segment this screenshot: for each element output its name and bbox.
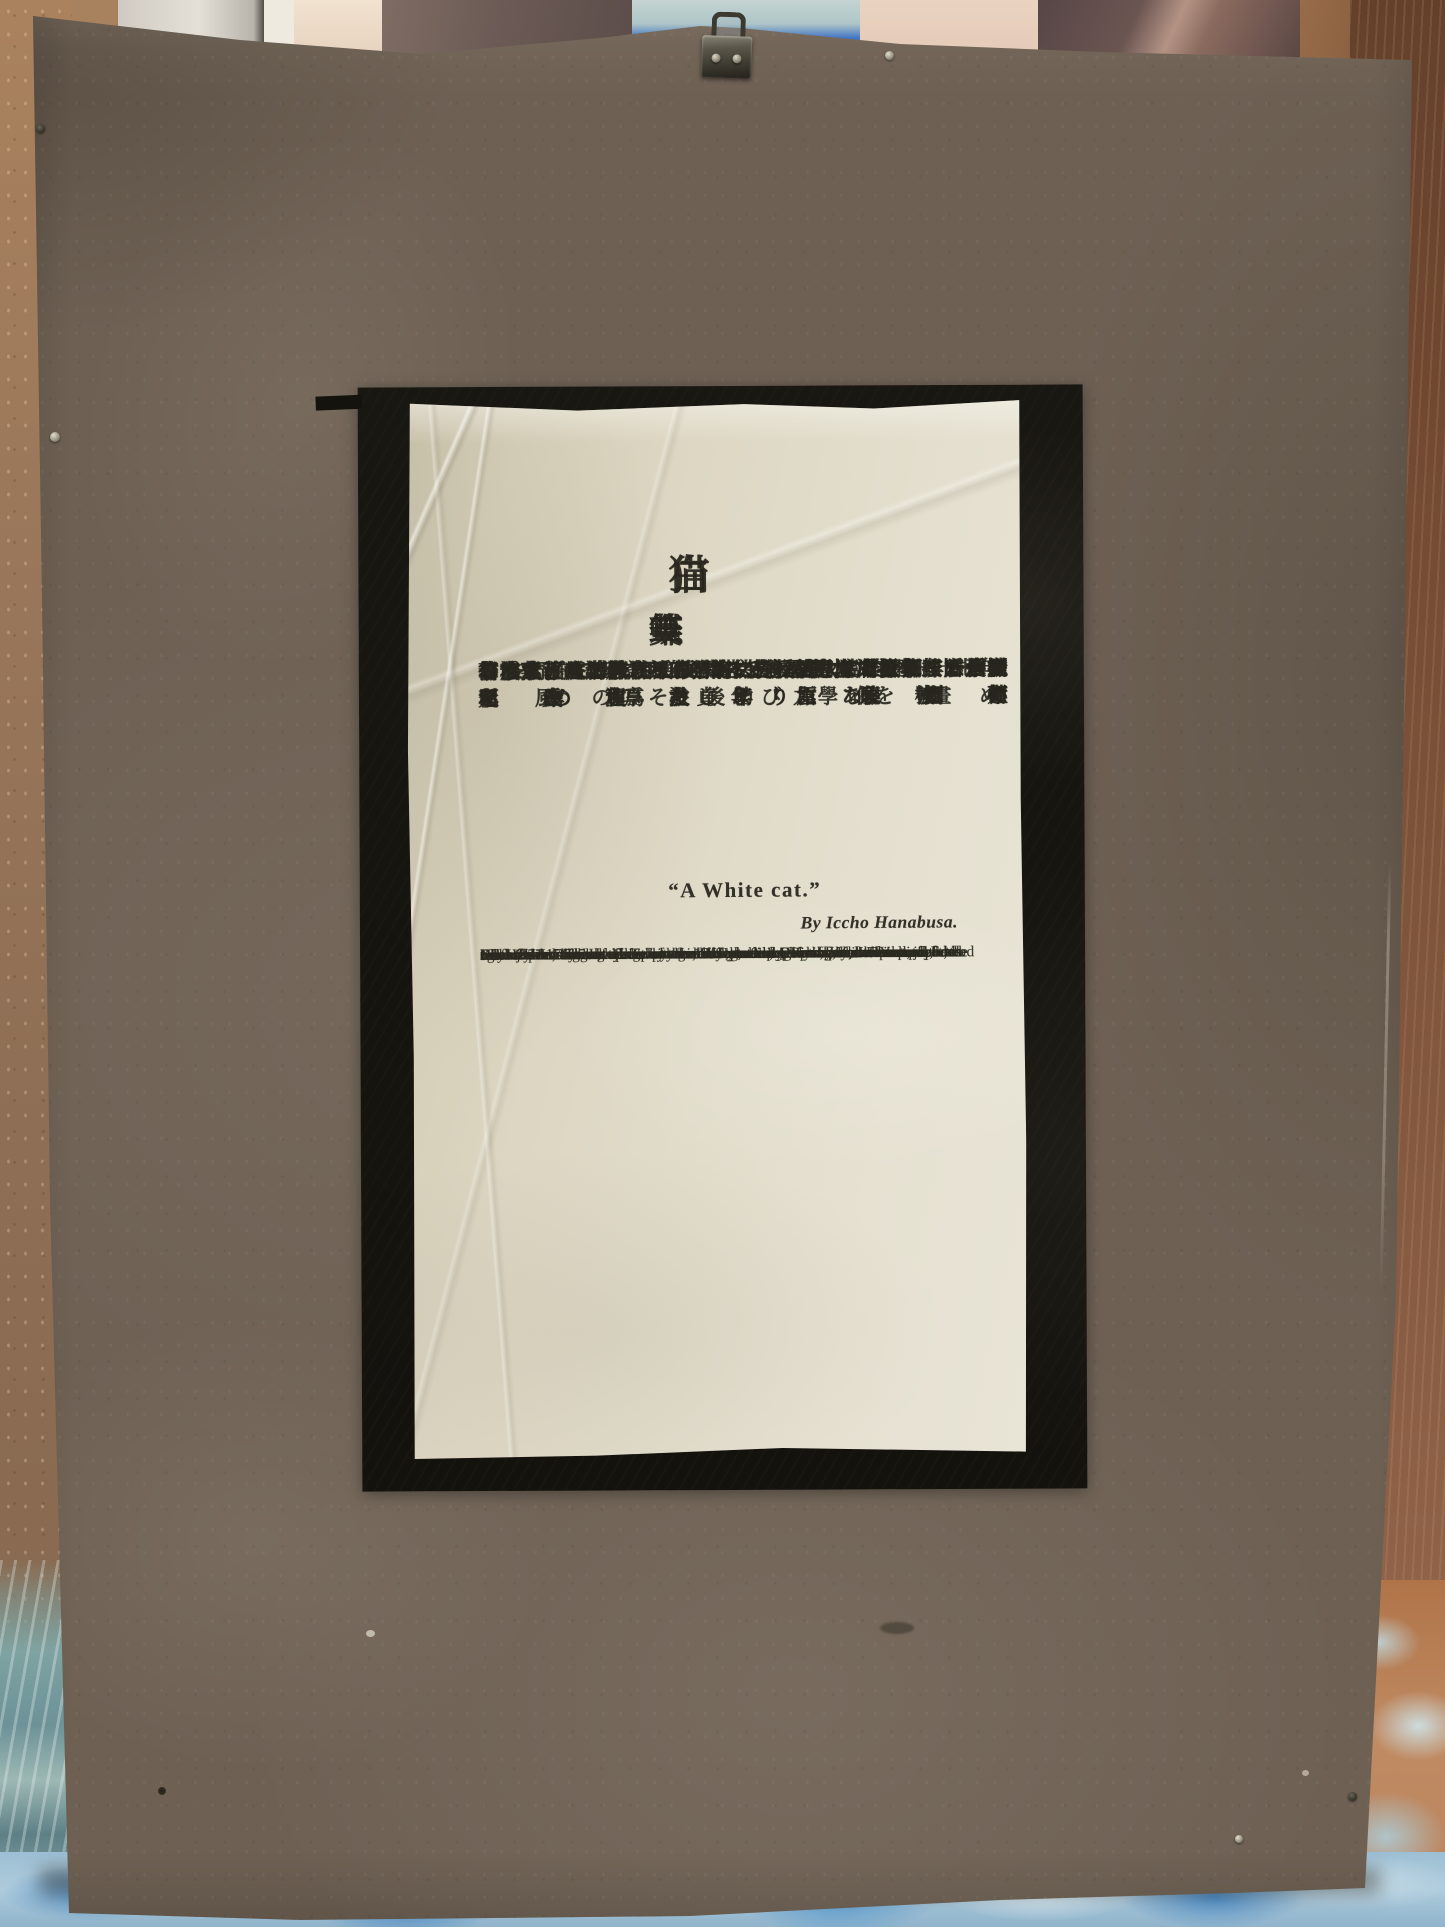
label-body-japanese: 右治てじ長し稱と郎三猪名幼、受君は字雄安たま香信は名氏賀多、原藤は姓信 安野狩で… (478, 656, 1008, 660)
nail (885, 51, 894, 60)
label-byline-english: By Iccho Hanabusa. (480, 911, 958, 935)
nail (50, 432, 60, 442)
nail (36, 124, 45, 133)
label-body-english: Iccho's original name was Isaburo, later… (480, 943, 1012, 947)
en-body-line: Nihonenoki, Shiba, (480, 946, 601, 965)
jp-body-line: 。る葬に院乗顕中塔寺敎承榎本二芝才一十七年享す没年九保享ぬ (478, 656, 1008, 713)
label-paper: 猫白 筆蝶一英 右治てじ長し稱と郎三猪名幼、受君は字雄安たま香信は名氏賀多、原藤… (404, 397, 1029, 1461)
black-tape-border: 猫白 筆蝶一英 右治てじ長し稱と郎三猪名幼、受君は字雄安たま香信は名氏賀多、原藤… (358, 384, 1088, 1491)
nail (1348, 1792, 1357, 1801)
board-speck (366, 1630, 375, 1637)
tape-flap (315, 395, 362, 411)
board-dark-mark (880, 1622, 914, 1634)
clasp-plate (701, 35, 752, 79)
nail (1235, 1835, 1243, 1843)
board-edge-crack (1379, 860, 1391, 1290)
jp-title-char: 白 (668, 555, 709, 596)
hanging-clasp (701, 11, 755, 81)
board-hole (158, 1787, 166, 1795)
board-speck (1302, 1770, 1309, 1776)
photo-back-of-framed-artwork: 猫白 筆蝶一英 右治てじ長し稱と郎三猪名幼、受君は字雄安たま香信は名氏賀多、原藤… (0, 0, 1445, 1927)
jp-artist-char: 英 (649, 615, 683, 649)
label-title-english: “A White cat.” (480, 876, 1010, 905)
frame-backing-board: 猫白 筆蝶一英 右治てじ長し稱と郎三猪名幼、受君は字雄安たま香信は名氏賀多、原藤… (0, 0, 1445, 1927)
